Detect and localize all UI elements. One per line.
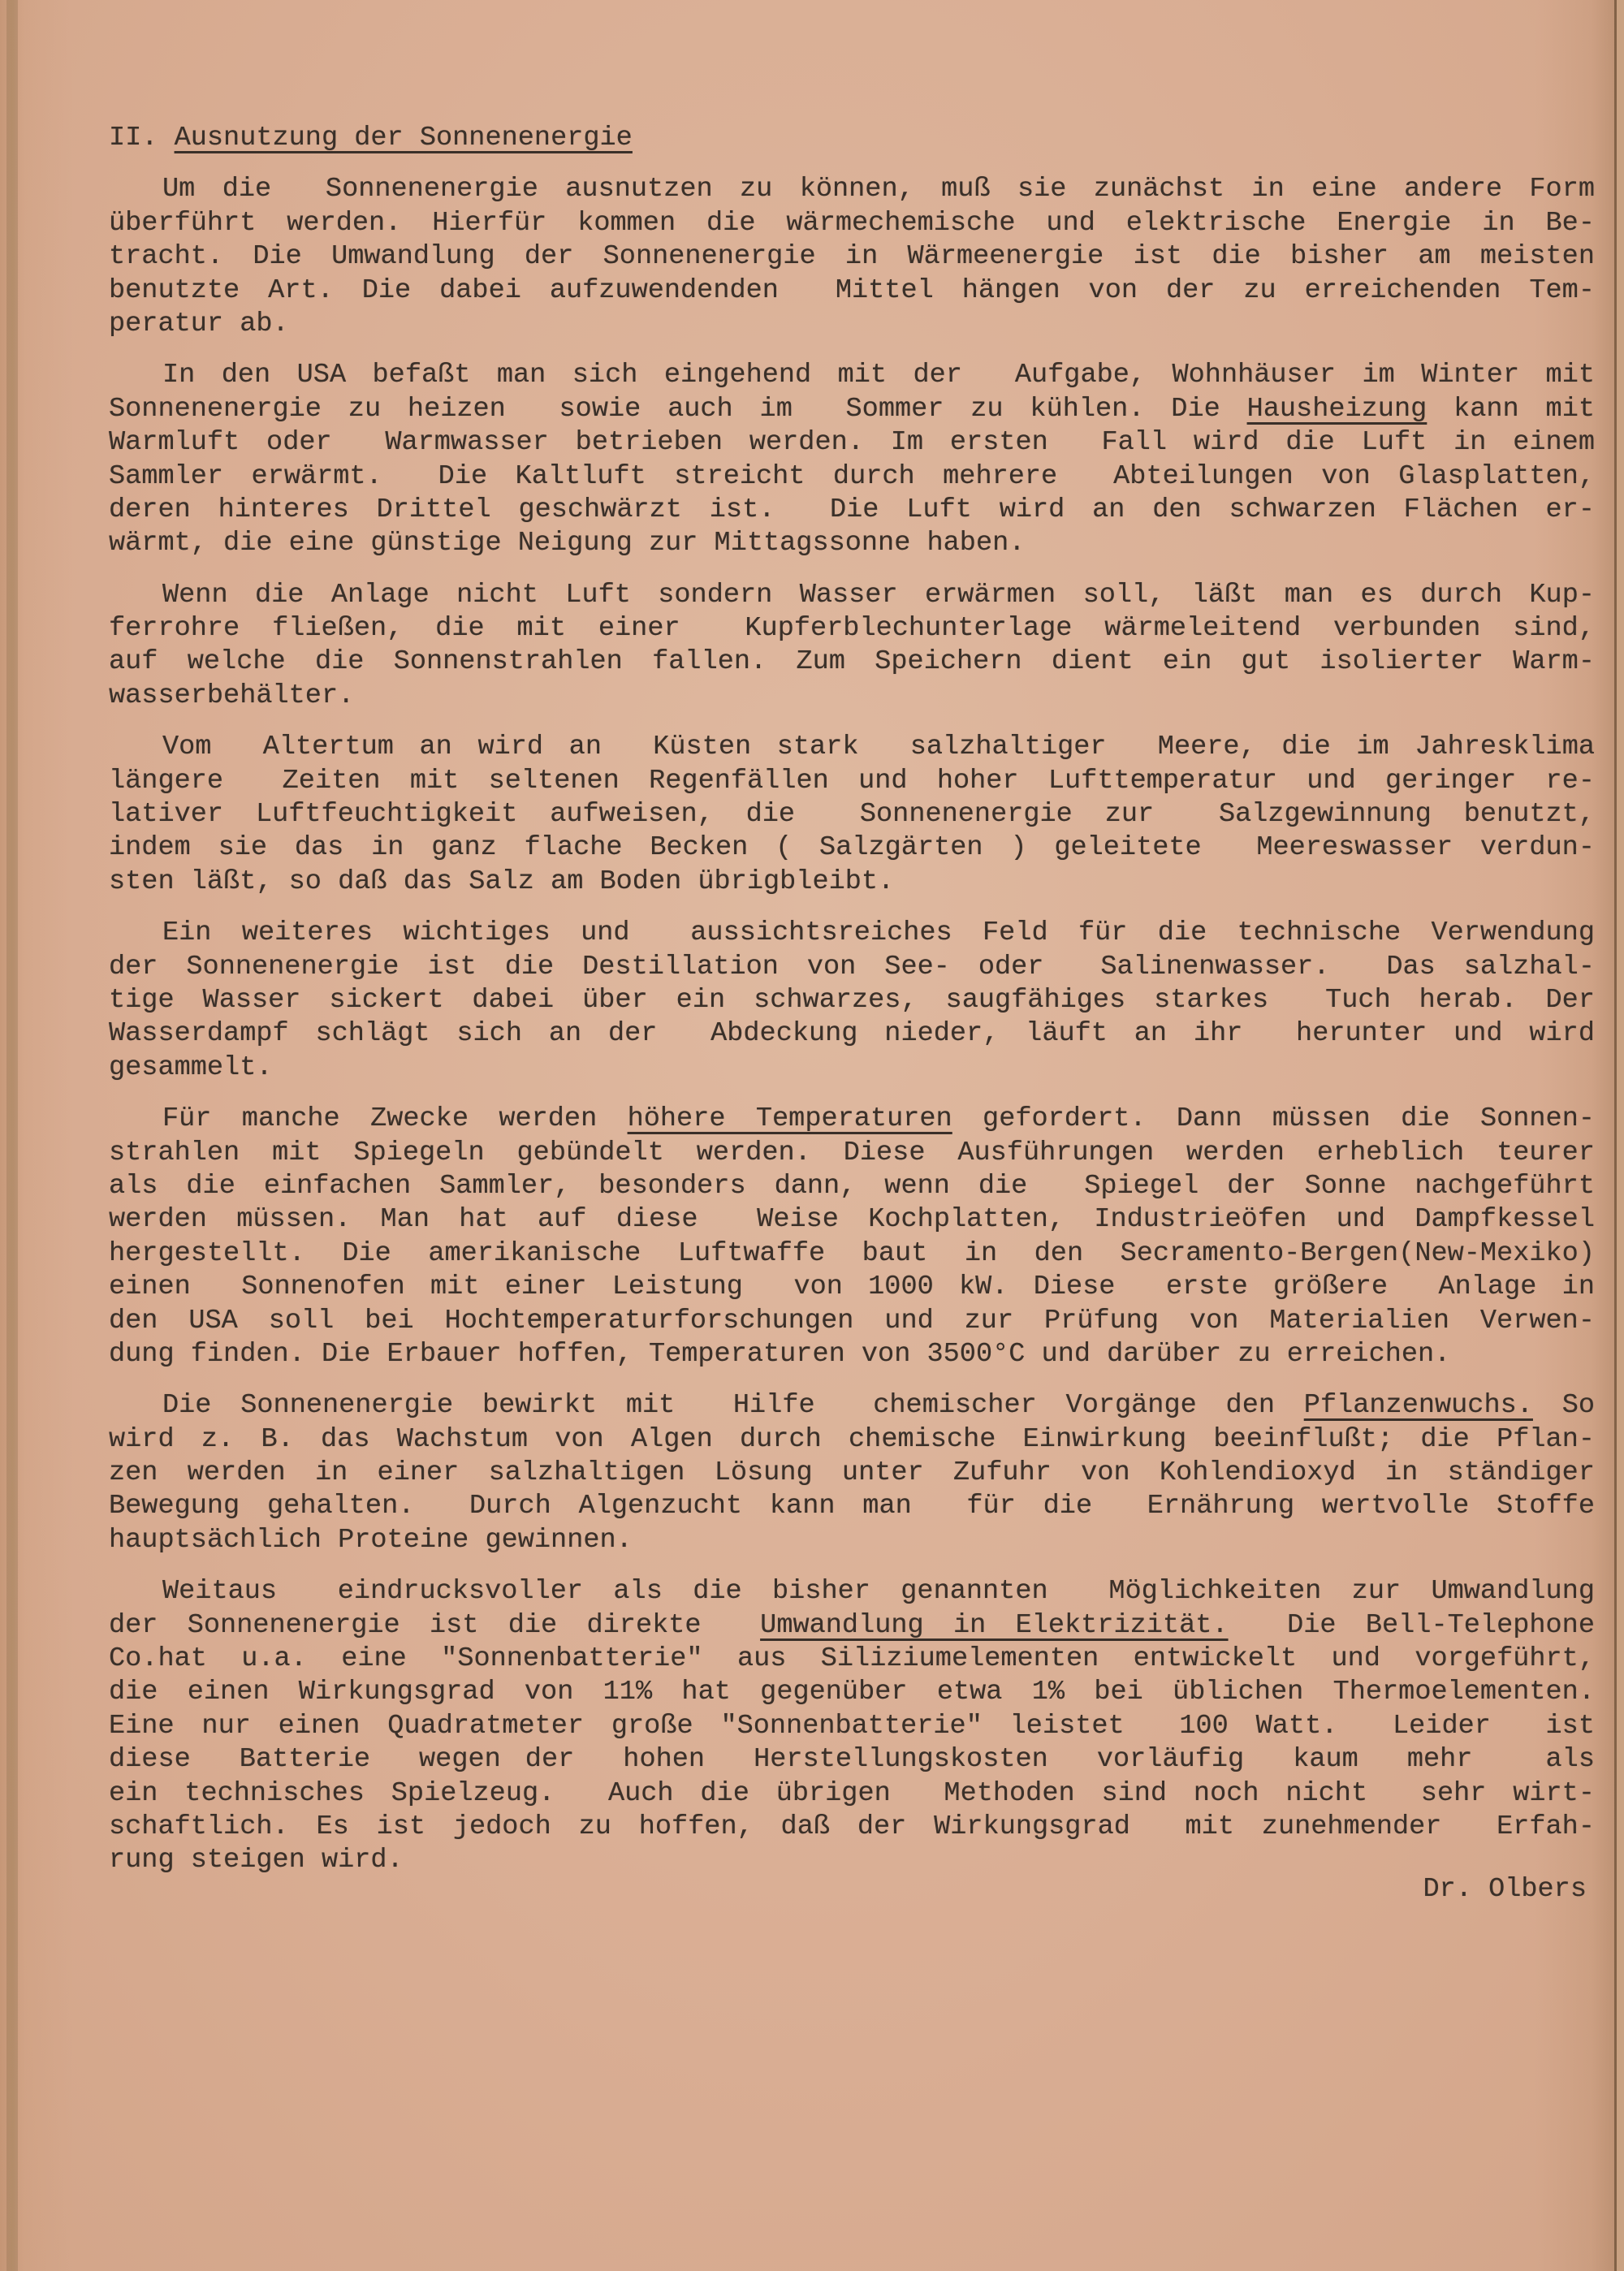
text-line: Wenn die Anlage nicht Luft sondern Wasse… xyxy=(109,579,1595,612)
text-line: den USA soll bei Hochtemperaturforschung… xyxy=(109,1305,1595,1338)
text-line: strahlen mit Spiegeln gebündelt werden. … xyxy=(109,1137,1595,1170)
text-line: zen werden in einer salzhaltigen Lösung … xyxy=(109,1457,1595,1490)
text-line: Warmluft oder Warmwasser betrieben werde… xyxy=(109,426,1595,460)
text-line: Wasserdampf schlägt sich an der Abdeckun… xyxy=(109,1017,1595,1051)
paragraph: Die Sonnenenergie bewirkt mit Hilfe chem… xyxy=(109,1389,1595,1557)
paragraph: Wenn die Anlage nicht Luft sondern Wasse… xyxy=(109,579,1595,714)
paper-page: II. Ausnutzung der Sonnenenergie Um die … xyxy=(0,0,1624,2271)
text-line: ein technisches Spielzeug. Auch die übri… xyxy=(109,1777,1595,1811)
text-line: Sammler erwärmt. Die Kaltluft streicht d… xyxy=(109,460,1595,494)
text-line: Eine nur einen Quadratmeter große "Sonne… xyxy=(109,1710,1595,1743)
text-line: überführt werden. Hierfür kommen die wär… xyxy=(109,207,1595,240)
text-line: wasserbehälter. xyxy=(109,680,1595,713)
text-line: hergestellt. Die amerikanische Luftwaffe… xyxy=(109,1237,1595,1271)
text-segment: So xyxy=(1533,1390,1595,1421)
text-line: sten läßt, so daß das Salz am Boden übri… xyxy=(109,866,1595,899)
text-segment: Sonnenenergie zu heizen sowie auch im So… xyxy=(109,394,1247,425)
text-line: Sonnenenergie zu heizen sowie auch im So… xyxy=(109,393,1595,426)
text-line: werden müssen. Man hat auf diese Weise K… xyxy=(109,1203,1595,1237)
text-line: gesammelt. xyxy=(109,1051,1595,1085)
text-line: tracht. Die Umwandlung der Sonnenenergie… xyxy=(109,240,1595,274)
paragraph: Weitaus eindrucksvoller als die bisher g… xyxy=(109,1575,1595,1878)
text-line: Weitaus eindrucksvoller als die bisher g… xyxy=(109,1575,1595,1608)
text-line: dung finden. Die Erbauer hoffen, Tempera… xyxy=(109,1338,1595,1371)
text-line: Um die Sonnenenergie ausnutzen zu können… xyxy=(109,173,1595,206)
paragraph-list: Um die Sonnenenergie ausnutzen zu können… xyxy=(109,173,1595,1877)
text-line: der Sonnenenergie ist die direkte Umwand… xyxy=(109,1609,1595,1643)
underlined-emphasis: Umwandlung in Elektrizität. xyxy=(760,1610,1228,1641)
paragraph: Vom Altertum an wird an Küsten stark sal… xyxy=(109,731,1595,899)
section-title: Ausnutzung der Sonnenenergie xyxy=(175,123,633,153)
text-line: ferrohre fließen, die mit einer Kupferbl… xyxy=(109,612,1595,645)
text-segment: kann mit xyxy=(1427,394,1595,425)
text-line: In den USA befaßt man sich eingehend mit… xyxy=(109,359,1595,392)
text-line: Bewegung gehalten. Durch Algenzucht kann… xyxy=(109,1490,1595,1523)
text-line: der Sonnenenergie ist die Destillation v… xyxy=(109,951,1595,984)
adjacent-page-strip xyxy=(1617,0,1624,2271)
text-line: wird z. B. das Wachstum von Algen durch … xyxy=(109,1423,1595,1457)
text-line: längere Zeiten mit seltenen Regenfällen … xyxy=(109,765,1595,798)
text-line: die einen Wirkungsgrad von 11% hat gegen… xyxy=(109,1676,1595,1709)
section-heading: II. Ausnutzung der Sonnenenergie xyxy=(109,122,1595,155)
text-line: benutzte Art. Die dabei aufzuwendenden M… xyxy=(109,274,1595,308)
underlined-emphasis: Pflanzenwuchs. xyxy=(1304,1390,1533,1421)
text-line: Die Sonnenenergie bewirkt mit Hilfe chem… xyxy=(109,1389,1595,1423)
text-segment: Für manche Zwecke werden xyxy=(162,1103,628,1134)
paragraph: In den USA befaßt man sich eingehend mit… xyxy=(109,359,1595,560)
text-line: als die einfachen Sammler, besonders dan… xyxy=(109,1170,1595,1203)
text-segment: Die Sonnenenergie bewirkt mit Hilfe chem… xyxy=(162,1390,1304,1421)
text-line: auf welche die Sonnenstrahlen fallen. Zu… xyxy=(109,645,1595,679)
text-line: lativer Luftfeuchtigkeit aufweisen, die … xyxy=(109,798,1595,831)
text-line: Vom Altertum an wird an Küsten stark sal… xyxy=(109,731,1595,764)
text-line: deren hinteres Drittel geschwärzt ist. D… xyxy=(109,494,1595,527)
underlined-emphasis: Hausheizung xyxy=(1247,394,1427,425)
underlined-emphasis: höhere Temperaturen xyxy=(628,1103,952,1134)
text-line: diese Batterie wegen der hohen Herstellu… xyxy=(109,1743,1595,1777)
text-line: hauptsächlich Proteine gewinnen. xyxy=(109,1524,1595,1557)
text-line: tige Wasser sickert dabei über ein schwa… xyxy=(109,984,1595,1017)
text-line: Ein weiteres wichtiges und aussichtsreic… xyxy=(109,917,1595,950)
text-line: indem sie das in ganz flache Becken ( Sa… xyxy=(109,831,1595,865)
document-body: II. Ausnutzung der Sonnenenergie Um die … xyxy=(109,122,1595,1878)
text-segment: der Sonnenenergie ist die direkte xyxy=(109,1610,760,1641)
text-line: Für manche Zwecke werden höhere Temperat… xyxy=(109,1103,1595,1136)
section-number: II. xyxy=(109,123,158,153)
text-line: schaftlich. Es ist jedoch zu hoffen, daß… xyxy=(109,1811,1595,1844)
author-signature: Dr. Olbers xyxy=(1299,1873,1587,1906)
text-line: peratur ab. xyxy=(109,308,1595,341)
paragraph: Für manche Zwecke werden höhere Temperat… xyxy=(109,1103,1595,1371)
text-line: Co.hat u.a. eine "Sonnenbatterie" aus Si… xyxy=(109,1643,1595,1676)
paragraph: Ein weiteres wichtiges und aussichtsreic… xyxy=(109,917,1595,1085)
page-left-edge xyxy=(6,0,18,2271)
text-segment: gefordert. Dann müssen die Sonnen- xyxy=(952,1103,1595,1134)
text-line: wärmt, die eine günstige Neigung zur Mit… xyxy=(109,527,1595,560)
paragraph: Um die Sonnenenergie ausnutzen zu können… xyxy=(109,173,1595,341)
text-segment: Die Bell-Telephone xyxy=(1229,1610,1595,1641)
text-line: einen Sonnenofen mit einer Leistung von … xyxy=(109,1271,1595,1304)
